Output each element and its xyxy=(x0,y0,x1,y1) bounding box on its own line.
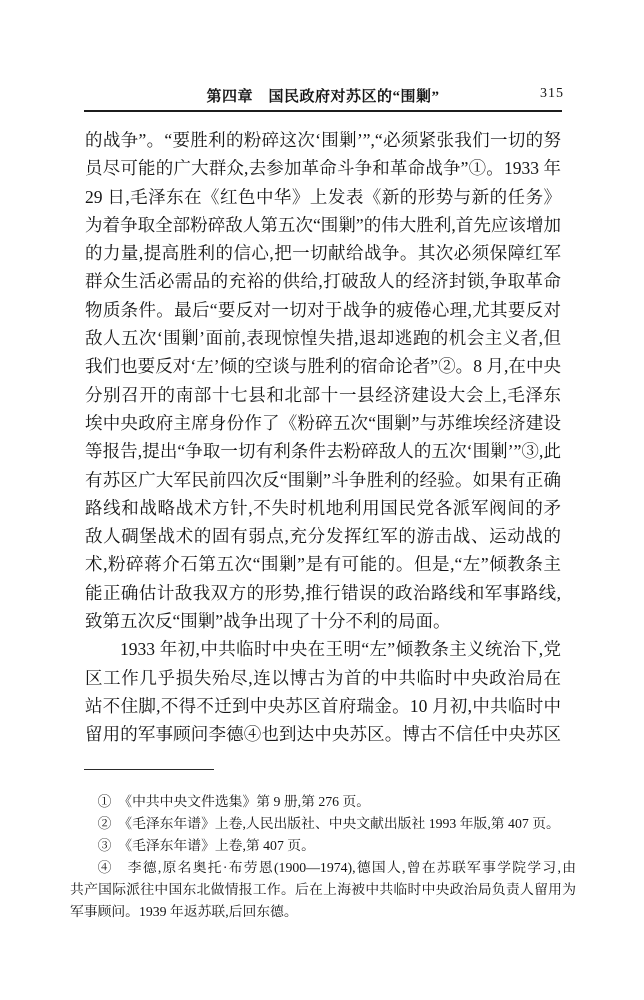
header-rule xyxy=(84,110,562,112)
body-text-line: 站不住脚,不得不迁到中央苏区首府瑞金。10 月初,中共临时中央所 xyxy=(85,692,561,720)
footnote-line: ③ 《毛泽东年谱》上卷,第 407 页。 xyxy=(70,835,576,857)
body-text-line: 1933 年初,中共临时中央在王明“左”倾教条主义统治下,党在白 xyxy=(85,635,561,663)
body-text-line: 的战争”。“要胜利的粉碎这次‘围剿’”,“必须紧张我们一切的努力,动 xyxy=(85,126,561,154)
body-text-line: 有苏区广大军民前四次反“围剿”斗争胜利的经验。如果有正确的政治 xyxy=(85,466,561,494)
body-text-line: 术,粉碎蒋介石第五次“围剿”是有可能的。但是,“左”倾教条主义者不 xyxy=(85,550,561,578)
body-text-line: 29 日,毛泽东在《红色中华》上发表《新的形势与新的任务》一文,指出: xyxy=(85,183,561,211)
body-text-line: 物质条件。最后“要反对一切对于战争的疲倦心理,尤其要反对那些在 xyxy=(85,296,561,324)
body-text-line: 员尽可能的广大群众,去参加革命斗争和革命战争”①。1933 年 7 月 xyxy=(85,154,561,182)
body-text-line: 分别召开的南部十七县和北部十一县经济建设大会上,毛泽东以苏维 xyxy=(85,381,561,409)
body-text-line: 路线和战略战术方针,不失时机地利用国民党各派军阀间的矛盾,针对 xyxy=(85,494,561,522)
body-text-line: 埃中央政府主席身份作了《粉碎五次“围剿”与苏维埃经济建设的任务》 xyxy=(85,409,561,437)
book-page: 第四章 国民政府对苏区的“围剿” 315 的战争”。“要胜利的粉碎这次‘围剿’”… xyxy=(0,0,644,1000)
body-text-line: 敌人碉堡战术的固有弱点,充分发挥红军的游击战、运动战的战略战 xyxy=(85,522,561,550)
body-text-line: 能正确估计敌我双方的形势,推行错误的政治路线和军事路线,从而导 xyxy=(85,579,561,607)
footnote-line: ② 《毛泽东年谱》上卷,人民出版社、中央文献出版社 1993 年版,第 407 … xyxy=(70,813,576,835)
footnote-line: 军事顾问。1939 年返苏联,后回东德。 xyxy=(70,901,576,923)
body-text-line: 敌人五次‘围剿’面前,表现惊惶失措,退却逃跑的机会主义者,但同时 xyxy=(85,324,561,352)
body-text-line: 为着争取全部粉碎敌人第五次“围剿”的伟大胜利,首先应该增加自己 xyxy=(85,211,561,239)
footnotes-block: ① 《中共中央文件选集》第 9 册,第 276 页。 ② 《毛泽东年谱》上卷,人… xyxy=(70,791,576,923)
body-text-block: 的战争”。“要胜利的粉碎这次‘围剿’”,“必须紧张我们一切的努力,动 员尽可能的… xyxy=(85,126,561,749)
body-text-line: 我们也要反对‘左’倾的空谈与胜利的宿命论者”②。8 月,在中央苏区 xyxy=(85,352,561,380)
page-number: 315 xyxy=(540,86,564,102)
chapter-heading: 第四章 国民政府对苏区的“围剿” xyxy=(84,85,562,106)
body-text-line: 等报告,提出“争取一切有利条件去粉碎敌人的五次‘围剿’”③,此外还 xyxy=(85,437,561,465)
body-text-line: 区工作几乎损失殆尽,连以博古为首的中共临时中央政治局在上海也 xyxy=(85,664,561,692)
body-text-line: 群众生活必需品的充裕的供给,打破敌人的经济封锁,争取革命战争的 xyxy=(85,267,561,295)
footnote-line: ① 《中共中央文件选集》第 9 册,第 276 页。 xyxy=(70,791,576,813)
body-text-line: 的力量,提高胜利的信心,把一切献给战争。其次必须保障红军给养与 xyxy=(85,239,561,267)
footnote-line: ④ 李德,原名奥托·布劳恩(1900—1974),德国人,曾在苏联军事学院学习,… xyxy=(70,857,576,879)
footnote-separator xyxy=(84,769,214,770)
body-text-line: 留用的军事顾问李德④也到达中央苏区。博古不信任中央苏区有军事 xyxy=(85,720,561,748)
footnote-line: 共产国际派往中国东北做情报工作。后在上海被中共临时中央政治局负责人留用为 xyxy=(70,879,576,901)
page-header: 第四章 国民政府对苏区的“围剿” 315 xyxy=(84,85,562,107)
body-text-line: 致第五次反“围剿”战争出现了十分不利的局面。 xyxy=(85,607,561,635)
